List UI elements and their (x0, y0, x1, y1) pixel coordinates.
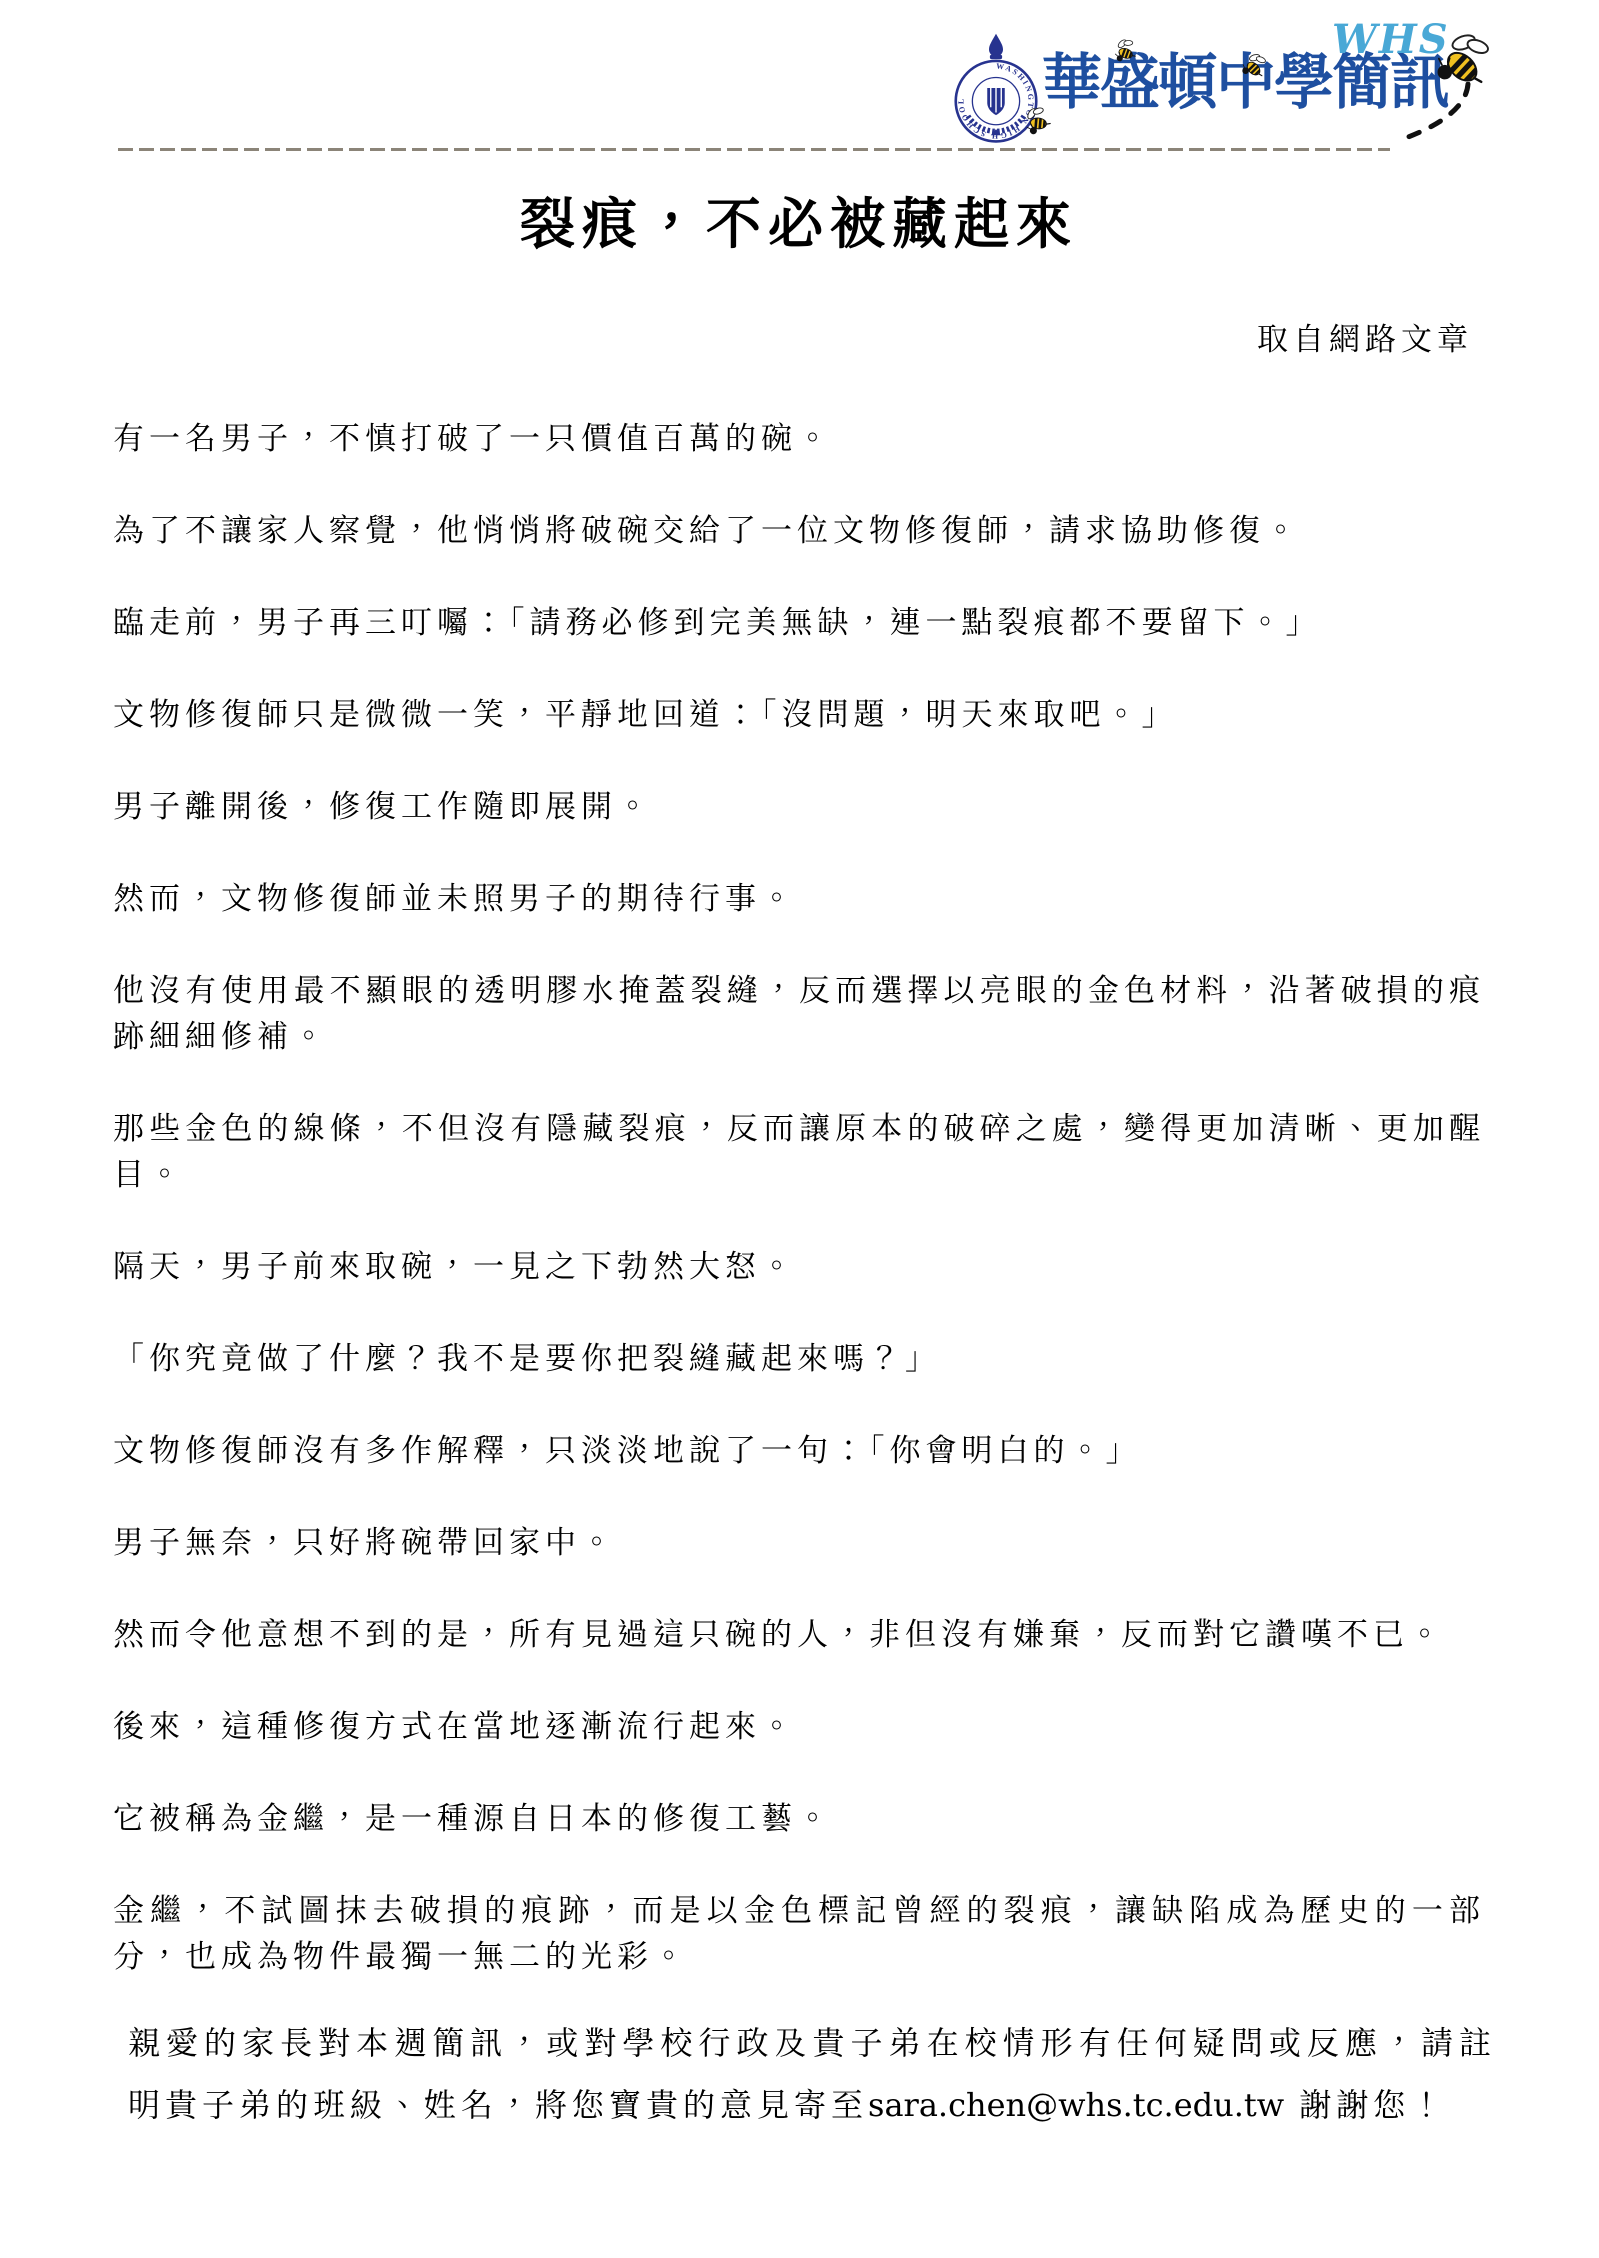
contact-note-text: 親愛的家長對本週簡訊，或對學校行政及貴子弟在校情形有任何疑問或反應，請註明貴子弟… (128, 2012, 1496, 2136)
parent-contact-note: 親愛的家長對本週簡訊，或對學校行政及貴子弟在校情形有任何疑問或反應，請註明貴子弟… (128, 2012, 1496, 2136)
article-paragraph: 為了不讓家人察覺，他悄悄將破碗交給了一位文物修復師，請求協助修復。 (113, 508, 1485, 554)
contact-email: sara.chen@whs.tc.edu.tw (868, 2086, 1284, 2124)
article-byline: 取自網路文章 (113, 320, 1485, 360)
article-paragraph: 文物修復師只是微微一笑，平靜地回道：「沒問題，明天來取吧。」 (113, 692, 1485, 738)
newsletter-page: WASHINGTON HIGH SCHOOL 華盛頓中學簡訊 WHS 裂痕，不必… (0, 0, 1599, 2258)
article-paragraph: 它被稱為金繼，是一種源自日本的修復工藝。 (113, 1796, 1485, 1842)
article-paragraph: 金繼，不試圖抹去破損的痕跡，而是以金色標記曾經的裂痕，讓缺陷成為歷史的一部分，也… (113, 1888, 1485, 1980)
article-paragraph: 文物修復師沒有多作解釋，只淡淡地說了一句：「你會明白的。」 (113, 1428, 1485, 1474)
article: 裂痕，不必被藏起來 取自網路文章 有一名男子，不慎打破了一只價值百萬的碗。 為了… (113, 192, 1485, 2026)
bee-flight-trail-icon (1392, 82, 1478, 148)
bee-icon (1238, 50, 1270, 82)
article-paragraph: 然而，文物修復師並未照男子的期待行事。 (113, 876, 1485, 922)
contact-note-after: 謝謝您！ (1284, 2086, 1447, 2124)
header-divider (118, 148, 1390, 151)
article-paragraph: 然而令他意想不到的是，所有見過這只碗的人，非但沒有嫌棄，反而對它讚嘆不已。 (113, 1612, 1485, 1658)
article-paragraph: 男子離開後，修復工作隨即展開。 (113, 784, 1485, 830)
article-paragraph: 隔天，男子前來取碗，一見之下勃然大怒。 (113, 1244, 1485, 1290)
article-title: 裂痕，不必被藏起來 (113, 192, 1485, 256)
article-paragraph: 後來，這種修復方式在當地逐漸流行起來。 (113, 1704, 1485, 1750)
article-paragraph: 「你究竟做了什麼？我不是要你把裂縫藏起來嗎？」 (113, 1336, 1485, 1382)
article-paragraph: 那些金色的線條，不但沒有隱藏裂痕，反而讓原本的破碎之處，變得更加清晰、更加醒目。 (113, 1106, 1485, 1198)
article-paragraph: 男子無奈，只好將碗帶回家中。 (113, 1520, 1485, 1566)
article-paragraph: 有一名男子，不慎打破了一只價值百萬的碗。 (113, 416, 1485, 462)
article-paragraph: 臨走前，男子再三叮囑：「請務必修到完美無缺，連一點裂痕都不要留下。」 (113, 600, 1485, 646)
article-paragraph: 他沒有使用最不顯眼的透明膠水掩蓋裂縫，反而選擇以亮眼的金色材料，沿著破損的痕跡細… (113, 968, 1485, 1060)
